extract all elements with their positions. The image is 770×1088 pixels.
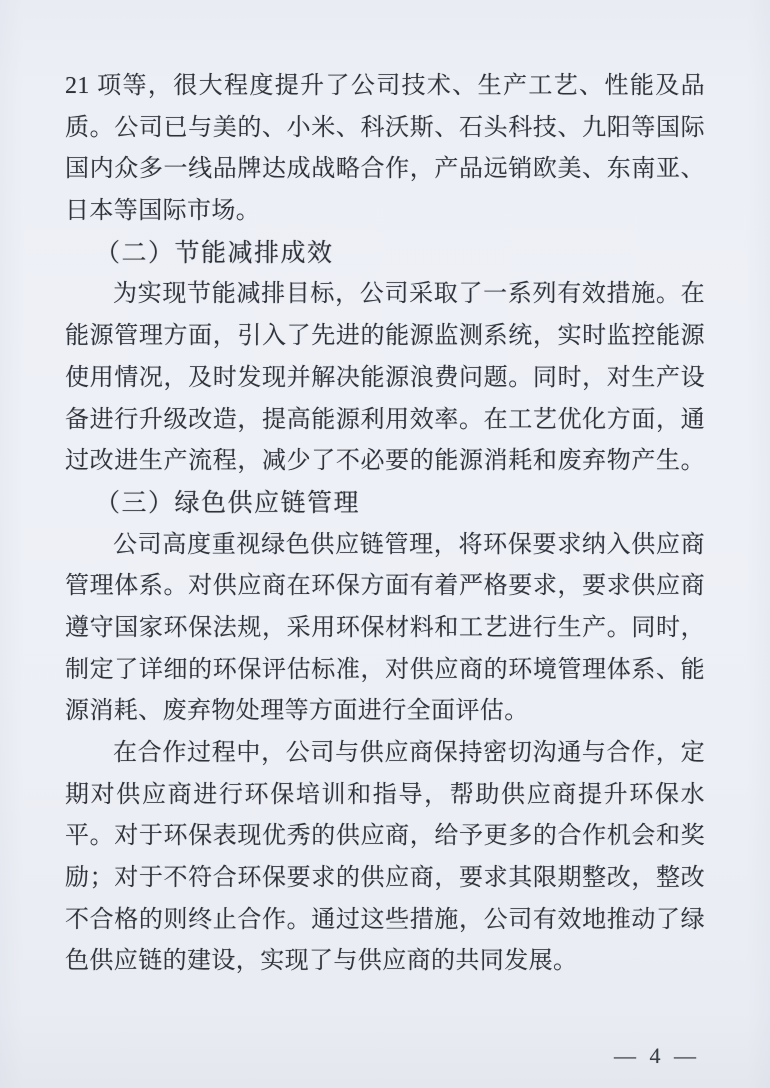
text-line: 备进行升级改造，提高能源利用效率。在工艺优化方面，通 — [65, 400, 705, 442]
section-heading: （三）绿色供应链管理 — [65, 483, 705, 525]
document-body: 21 项等，很大程度提升了公司技术、生产工艺、性能及品质。公司已与美的、小米、科… — [65, 66, 705, 983]
text-line: 过改进生产流程，减少了不必要的能源消耗和废弃物产生。 — [65, 441, 705, 483]
text-line: 国内众多一线品牌达成战略合作，产品远销欧美、东南亚、 — [65, 149, 705, 191]
text-line: 公司高度重视绿色供应链管理，将环保要求纳入供应商 — [65, 525, 705, 567]
text-line: 源消耗、废弃物处理等方面进行全面评估。 — [65, 691, 705, 733]
text-line: 励；对于不符合环保要求的供应商，要求其限期整改，整改 — [65, 858, 705, 900]
document-page: 21 项等，很大程度提升了公司技术、生产工艺、性能及品质。公司已与美的、小米、科… — [0, 0, 770, 1088]
text-line: 在合作过程中，公司与供应商保持密切沟通与合作，定 — [65, 733, 705, 775]
text-line: 期对供应商进行环保培训和指导，帮助供应商提升环保水 — [65, 775, 705, 817]
text-line: 遵守国家环保法规，采用环保材料和工艺进行生产。同时， — [65, 608, 705, 650]
text-line: 平。对于环保表现优秀的供应商，给予更多的合作机会和奖 — [65, 816, 705, 858]
text-line: 制定了详细的环保评估标准，对供应商的环境管理体系、能 — [65, 650, 705, 692]
text-line: 为实现节能减排目标，公司采取了一系列有效措施。在 — [65, 274, 705, 316]
text-line: 色供应链的建设，实现了与供应商的共同发展。 — [65, 941, 705, 983]
section-heading: （二）节能减排成效 — [65, 233, 705, 275]
text-line: 使用情况，及时发现并解决能源浪费问题。同时，对生产设 — [65, 358, 705, 400]
text-line: 不合格的则终止合作。通过这些措施，公司有效地推动了绿 — [65, 900, 705, 942]
page-number: — 4 — — [614, 1038, 700, 1074]
text-line: 管理体系。对供应商在环保方面有着严格要求，要求供应商 — [65, 566, 705, 608]
text-line: 21 项等，很大程度提升了公司技术、生产工艺、性能及品 — [65, 66, 705, 108]
text-line: 日本等国际市场。 — [65, 191, 705, 233]
text-line: 能源管理方面，引入了先进的能源监测系统，实时监控能源 — [65, 316, 705, 358]
text-line: 质。公司已与美的、小米、科沃斯、石头科技、九阳等国际 — [65, 108, 705, 150]
